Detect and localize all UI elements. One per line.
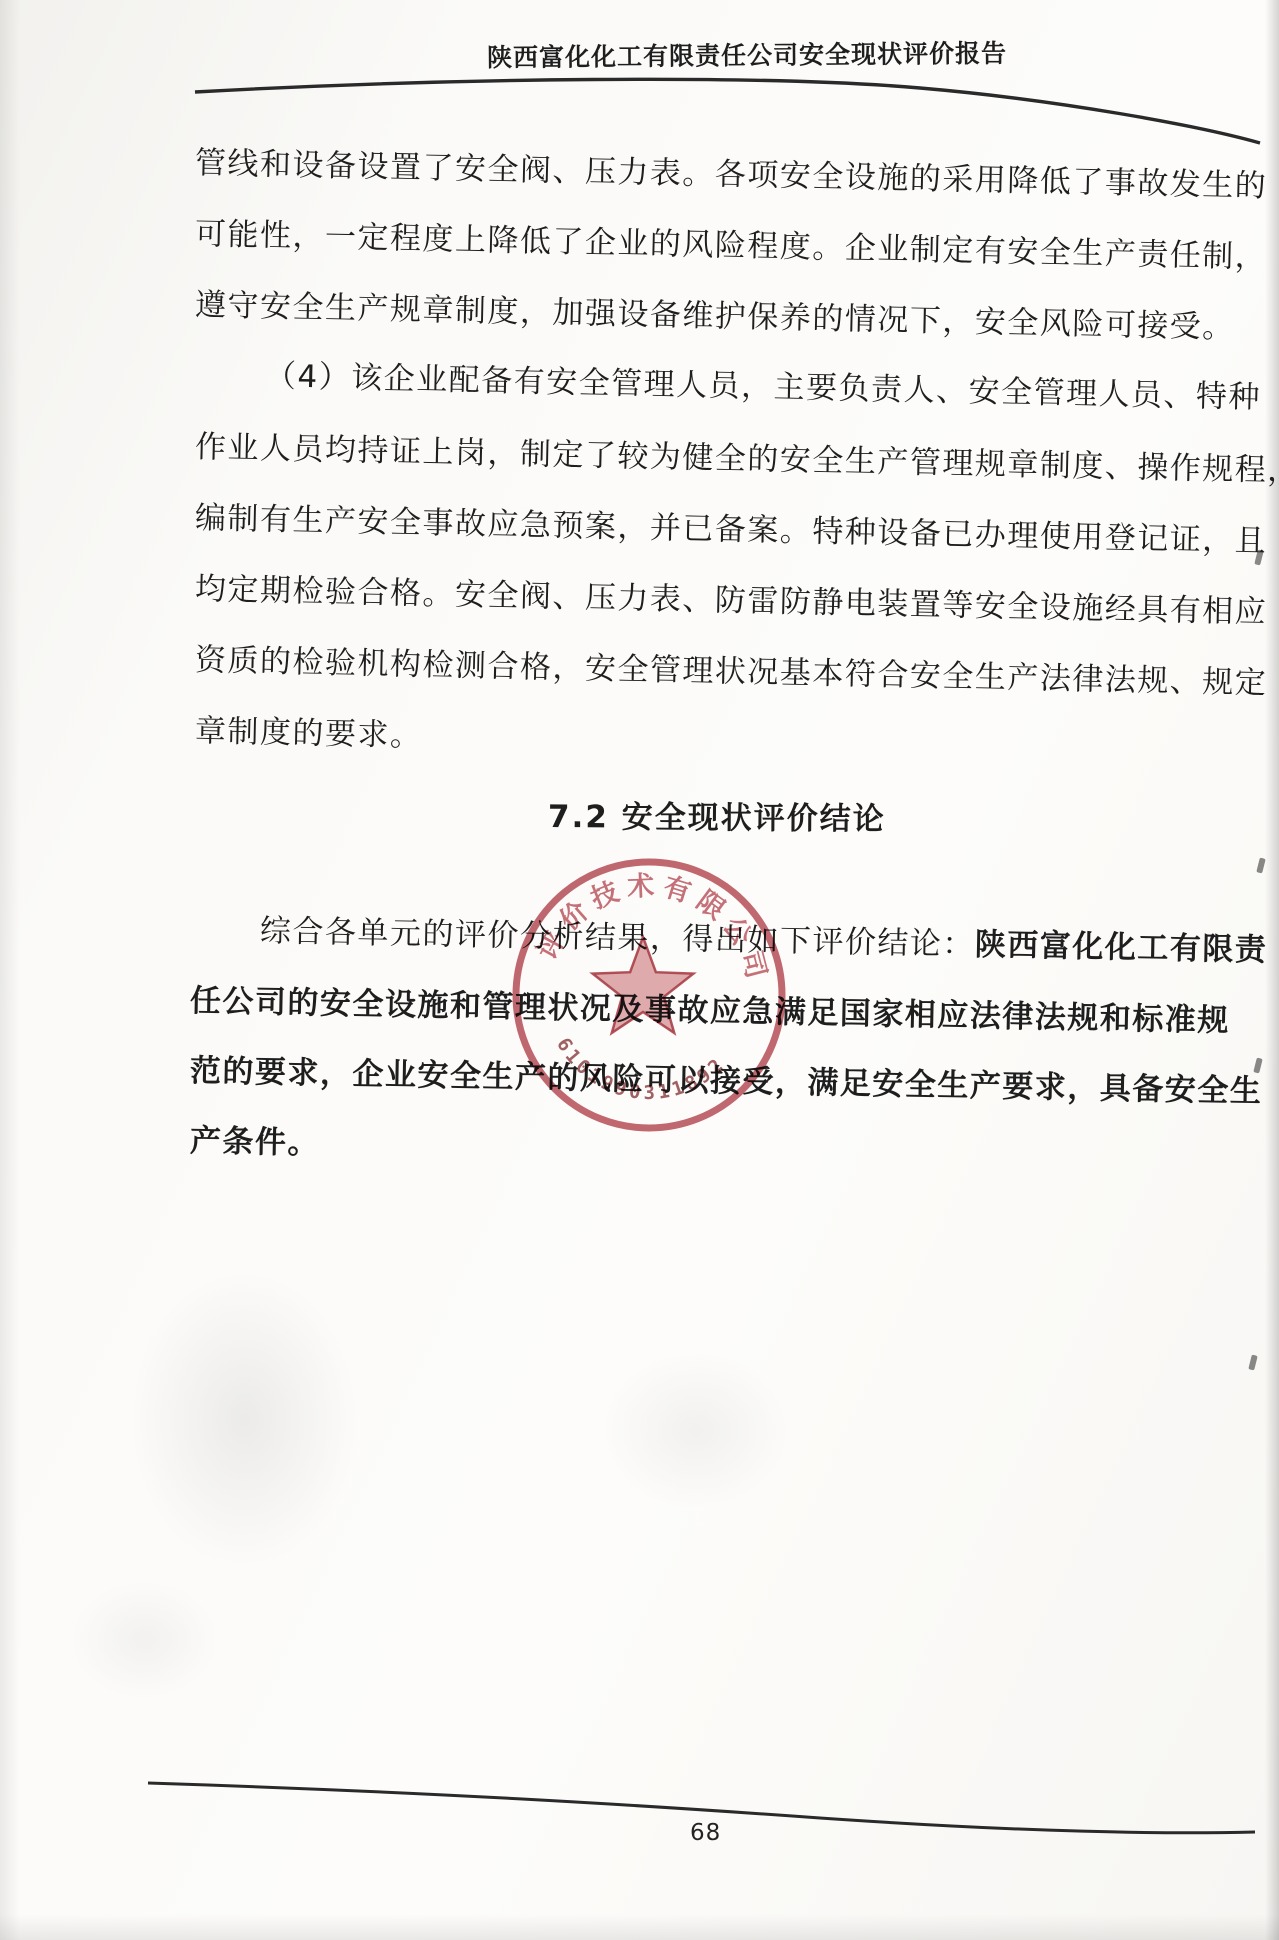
- scan-smudge: [70, 1580, 220, 1700]
- seal-star-icon: [593, 937, 694, 1033]
- paragraph-safety-measures: 管线和设备设置了安全阀、压力表。各项安全设施的采用降低了事故发生的 可能性，一定…: [195, 128, 1279, 767]
- scanned-report-page: 陕西富化化工有限责任公司安全现状评价报告 管线和设备设置了安全阀、压力表。各项安…: [0, 0, 1279, 1940]
- red-company-seal-stamp: 评价技术有限公司 6101990311892: [499, 845, 799, 1145]
- scan-artifact: [1248, 1354, 1257, 1370]
- page-number: 68: [690, 1820, 721, 1846]
- page-header-title: 陕西富化化工有限责任公司安全现状评价报告: [487, 34, 1007, 75]
- scan-edge-shadow-left: [0, 0, 20, 1940]
- seal-serial-number: 6101990311892: [552, 1034, 730, 1104]
- scan-smudge: [130, 1270, 360, 1570]
- scan-edge-shadow-bottom: [0, 1914, 1279, 1940]
- section-heading-7-2: 7.2 安全现状评价结论: [548, 791, 886, 838]
- conclusion-bold-start: 陕西富化化工有限责: [975, 927, 1268, 969]
- svg-text:6101990311892: 6101990311892: [552, 1034, 730, 1104]
- scan-smudge: [600, 1350, 790, 1510]
